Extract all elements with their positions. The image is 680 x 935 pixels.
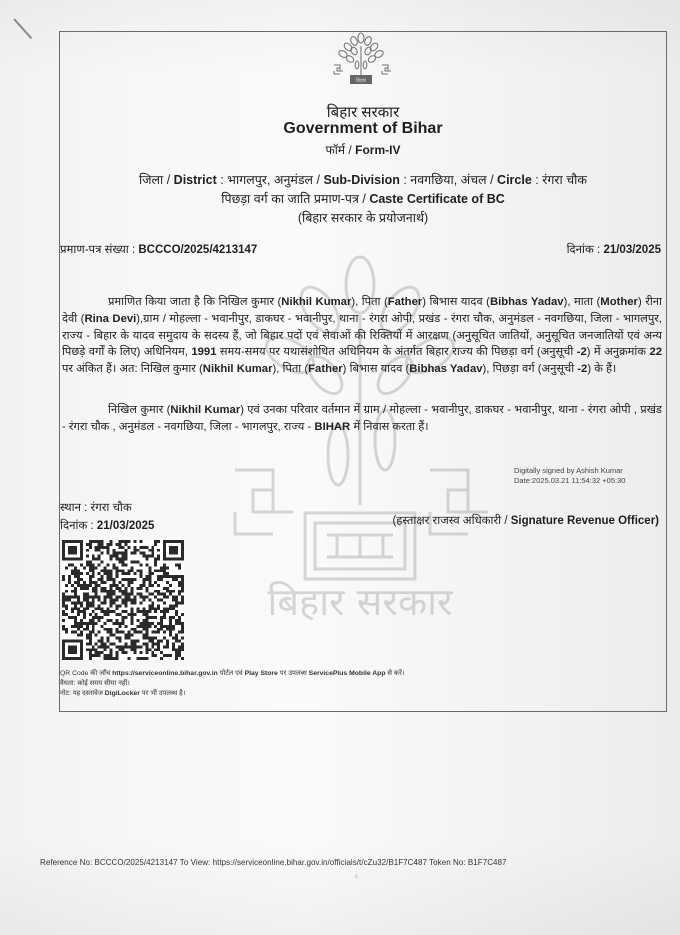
place-date: दिनांक : 21/03/2025 xyxy=(60,518,154,533)
bihar-emblem-icon: बिहार xyxy=(328,32,394,88)
circle-label-hi: अंचल xyxy=(461,173,487,187)
certificate-number-value: BCCCO/2025/4213147 xyxy=(138,244,257,256)
footer-reference: Reference No: BCCCO/2025/4213147 To View… xyxy=(40,858,507,867)
certificate-title: पिछड़ा वर्ग का जाति प्रमाण-पत्र / Caste … xyxy=(59,190,667,207)
verification-url: https://serviceonline.bihar.gov.in xyxy=(112,670,218,677)
signature-label-english: Signature Revenue Officer) xyxy=(511,515,659,527)
svg-text:बिहार सरकार: बिहार सरकार xyxy=(268,580,454,624)
form-hindi: फॉर्म xyxy=(326,143,346,157)
scan-mark: ᶜ xyxy=(355,872,358,882)
location-line: जिला / District : भागलपुर, अनुमंडल / Sub… xyxy=(59,171,667,188)
circle-label-en: Circle xyxy=(497,173,532,187)
applicant-name-en: Nikhil Kumar xyxy=(281,296,351,308)
residence-paragraph: निखिल कुमार (Nikhil Kumar) एवं उनका परिव… xyxy=(62,402,662,436)
certificate-title-hindi: पिछड़ा वर्ग का जाति प्रमाण-पत्र xyxy=(221,192,359,206)
place-value: रंगरा चौक xyxy=(91,502,132,514)
certification-paragraph: प्रमाणित किया जाता है कि निखिल कुमार (Ni… xyxy=(62,294,662,378)
signature-revenue-officer: (हस्ताक्षर राजस्व अधिकारी / Signature Re… xyxy=(392,513,659,528)
father-name-en: Bibhas Yadav xyxy=(490,296,564,308)
schedule-serial-number: 22 xyxy=(649,346,662,358)
place-label: स्थान : xyxy=(60,502,87,514)
subdivision-label-en: Sub-Division xyxy=(323,173,399,187)
certificate-title-english: Caste Certificate of BC xyxy=(369,192,504,206)
digital-signature-signer: Digitally signed by Ashish Kumar xyxy=(514,466,625,476)
issue-date: दिनांक : 21/03/2025 xyxy=(567,242,661,257)
district-label-en: District xyxy=(174,173,217,187)
certificate-number-label: प्रमाण-पत्र संख्या : xyxy=(60,244,135,256)
form-label: फॉर्म / Form-IV xyxy=(59,141,667,158)
issue-date-label: दिनांक : xyxy=(567,244,601,256)
digital-signature-block: Digitally signed by Ashish Kumar Date:20… xyxy=(514,466,625,486)
place-date-value: 21/03/2025 xyxy=(97,520,155,532)
place: स्थान : रंगरा चौक xyxy=(60,500,132,515)
verification-notes: QR Code की जाँच https://serviceonline.bi… xyxy=(60,669,404,699)
subdivision-value: नवगछिया xyxy=(410,173,453,187)
district-label-hi: जिला xyxy=(139,173,163,187)
state-en: BIHAR xyxy=(314,421,350,433)
validity-note: वैधता: कोई समय सीमा नहीं। xyxy=(60,679,404,689)
header-title-hindi: बिहार सरकार xyxy=(59,102,667,122)
svg-text:बिहार: बिहार xyxy=(356,77,367,84)
place-date-label: दिनांक : xyxy=(60,520,94,532)
digilocker-note: नोट: यह दस्तावेज DigiLocker पर भी उपलब्ध… xyxy=(60,689,404,699)
digital-signature-date: Date:2025.03.21 11:54:32 +05:30 xyxy=(514,476,625,486)
certificate-number: प्रमाण-पत्र संख्या : BCCCO/2025/4213147 xyxy=(60,242,257,257)
mother-name-en: Rina Devi xyxy=(84,313,136,325)
issue-date-value: 21/03/2025 xyxy=(603,244,661,256)
subdivision-label-hi: अनुमंडल xyxy=(274,173,313,187)
header-title-english: Government of Bihar xyxy=(59,120,667,138)
qr-verification-note: QR Code की जाँच https://serviceonline.bi… xyxy=(60,669,404,679)
district-value: भागलपुर xyxy=(227,173,267,187)
circle-value: रंगरा चौक xyxy=(542,173,587,187)
form-english: Form-IV xyxy=(355,143,400,157)
qr-code-icon xyxy=(62,540,184,660)
scan-fold-mark xyxy=(13,18,32,39)
certificate-purpose: (बिहार सरकार के प्रयोजनार्थ) xyxy=(59,209,667,226)
signature-label-hindi: (हस्ताक्षर राजस्व अधिकारी / xyxy=(392,515,507,527)
